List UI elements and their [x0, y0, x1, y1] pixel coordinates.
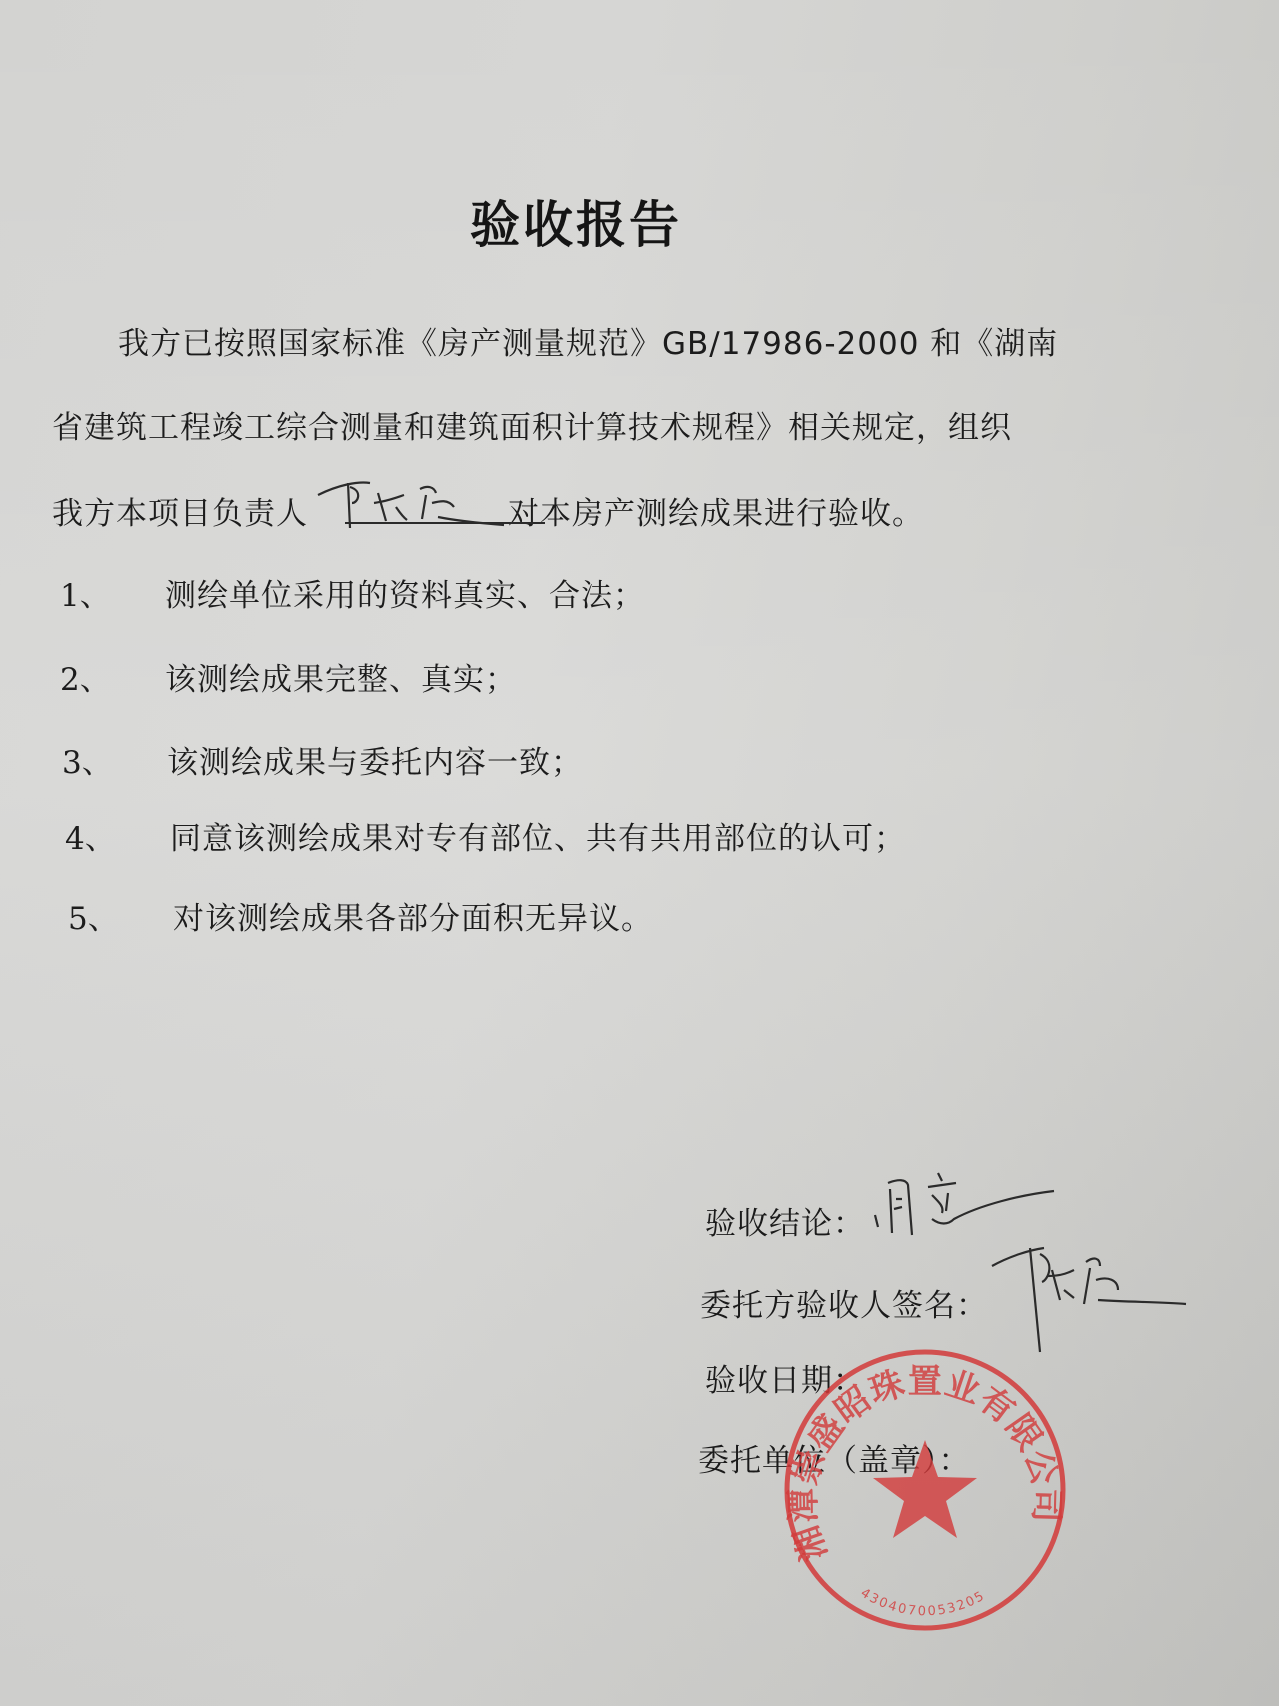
seal-code: 4304070053205	[858, 1586, 989, 1620]
item-number: 3、	[62, 737, 152, 782]
item-number: 4、	[65, 813, 155, 858]
paragraph-line-3-end: 对本房产测绘成果进行验收。	[508, 496, 924, 532]
company-seal-icon: 湘潭崇盛昭珠置业有限公司 4304070053205	[780, 1345, 1070, 1635]
responsible-person-label: 我方本项目负责人	[52, 496, 308, 532]
paragraph-line-1: 我方已按照国家标准《房产测量规范》GB/17986-2000 和《湖南	[118, 318, 1058, 363]
item-text: 测绘单位采用的资料真实、合法；	[165, 570, 645, 615]
responsible-person-signature	[308, 503, 508, 533]
item-number: 5、	[68, 893, 158, 938]
document-title: 验收报告	[470, 185, 682, 257]
item-text: 对该测绘成果各部分面积无异议。	[173, 893, 653, 938]
signature-underline	[345, 522, 545, 524]
conclusion-label: 验收结论：	[705, 1198, 865, 1243]
handwritten-signature-icon	[990, 1240, 1190, 1360]
signer-label: 委托方验收人签名：	[700, 1280, 988, 1325]
item-number: 1、	[60, 570, 150, 615]
paragraph-line-2: 省建筑工程竣工综合测量和建筑面积计算技术规程》相关规定，组织	[52, 402, 1012, 447]
item-text: 该测绘成果与委托内容一致；	[167, 737, 583, 782]
handwritten-agree-icon	[870, 1165, 1070, 1245]
paragraph-line-3: 我方本项目负责人对本房产测绘成果进行验收。	[52, 488, 924, 533]
handwritten-signature-icon	[308, 473, 508, 533]
item-text: 该测绘成果完整、真实；	[165, 654, 517, 699]
svg-text:4304070053205: 4304070053205	[858, 1586, 989, 1620]
item-text: 同意该测绘成果对专有部位、共有共用部位的认可；	[170, 813, 906, 858]
seal-star-icon	[873, 1440, 977, 1538]
item-number: 2、	[60, 654, 150, 699]
